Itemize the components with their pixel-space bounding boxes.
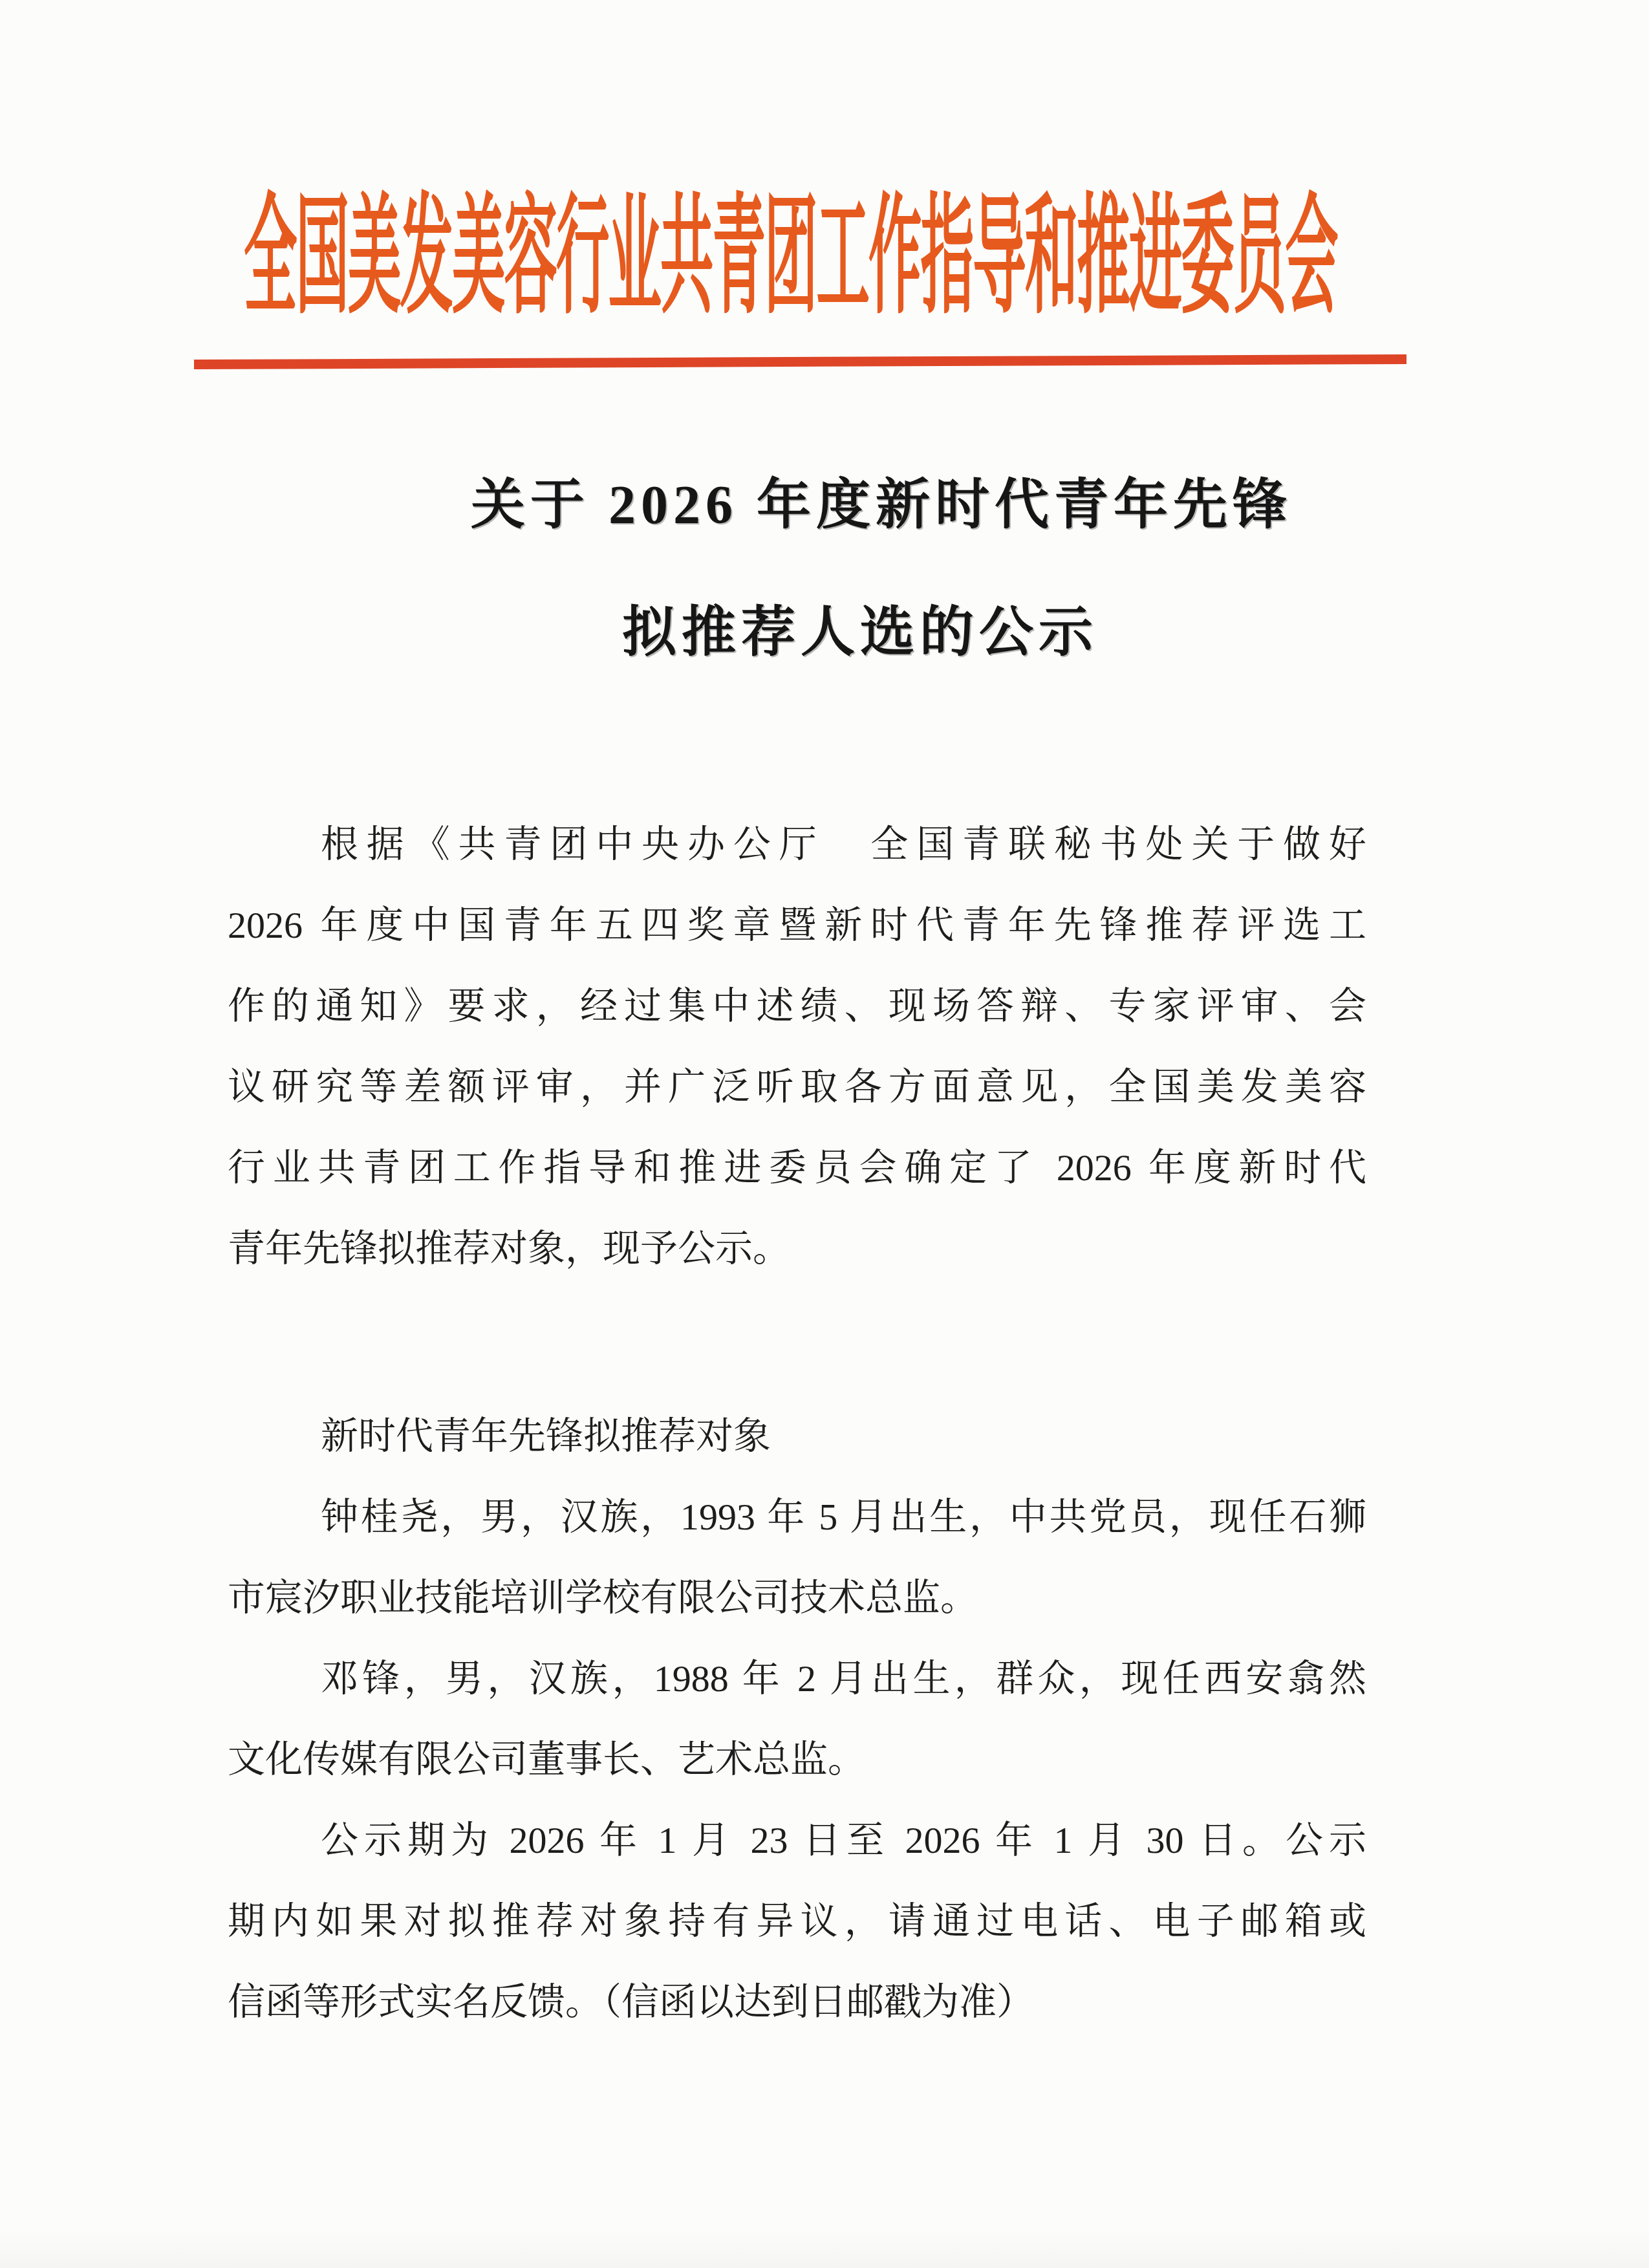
document-title-line-1: 关于 2026 年度新时代青年先锋 (471, 476, 1292, 535)
body-line-13: 期内如果对拟推荐对象持有异议，请通过电话、电子邮箱或 (228, 1881, 1366, 1961)
body-line-11: 文化传媒有限公司董事长、艺术总监。 (228, 1719, 1366, 1800)
body-line-9: 市宸汐职业技能培训学校有限公司技术总监。 (228, 1557, 1366, 1638)
body-line-2: 2026 年度中国青年五四奖章暨新时代青年先锋推荐评选工 (228, 885, 1366, 966)
body-line-12: 公示期为 2026 年 1 月 23 日至 2026 年 1 月 30 日。公示 (228, 1800, 1366, 1881)
body-line-4: 议研究等差额评审，并广泛听取各方面意见，全国美发美容 (228, 1046, 1366, 1127)
body-line-5: 行业共青团工作指导和推进委员会确定了 2026 年度新时代 (228, 1127, 1366, 1208)
body-line-6: 青年先锋拟推荐对象，现予公示。 (228, 1208, 1366, 1289)
body-line-3: 作的通知》要求，经过集中述绩、现场答辩、专家评审、会 (228, 966, 1366, 1046)
section-heading: 新时代青年先锋拟推荐对象 (228, 1396, 1366, 1476)
letterhead-divider-rule (194, 354, 1406, 369)
body-line-10: 邓锋，男，汉族，1988 年 2 月出生，群众，现任西安翕然 (228, 1638, 1366, 1719)
scan-noise-artifact (0, 2229, 1649, 2268)
body-line-1: 根据《共青团中央办公厅 全国青联秘书处关于做好 (228, 804, 1366, 885)
document-body: 根据《共青团中央办公厅 全国青联秘书处关于做好 2026 年度中国青年五四奖章暨… (228, 804, 1366, 2042)
letterhead-title: 全国美发美容行业共青团工作指导和推进委员会 (244, 193, 1337, 322)
scanned-document-page: 全国美发美容行业共青团工作指导和推进委员会 关于 2026 年度新时代青年先锋 … (0, 0, 1649, 2268)
body-line-8: 钟桂尧，男，汉族，1993 年 5 月出生，中共党员，现任石狮 (228, 1476, 1366, 1557)
paragraph-gap (228, 1289, 1366, 1396)
document-title-line-2: 拟推荐人选的公示 (622, 603, 1098, 663)
body-line-14: 信函等形式实名反馈。（信函以达到日邮戳为准） (228, 1961, 1366, 2042)
